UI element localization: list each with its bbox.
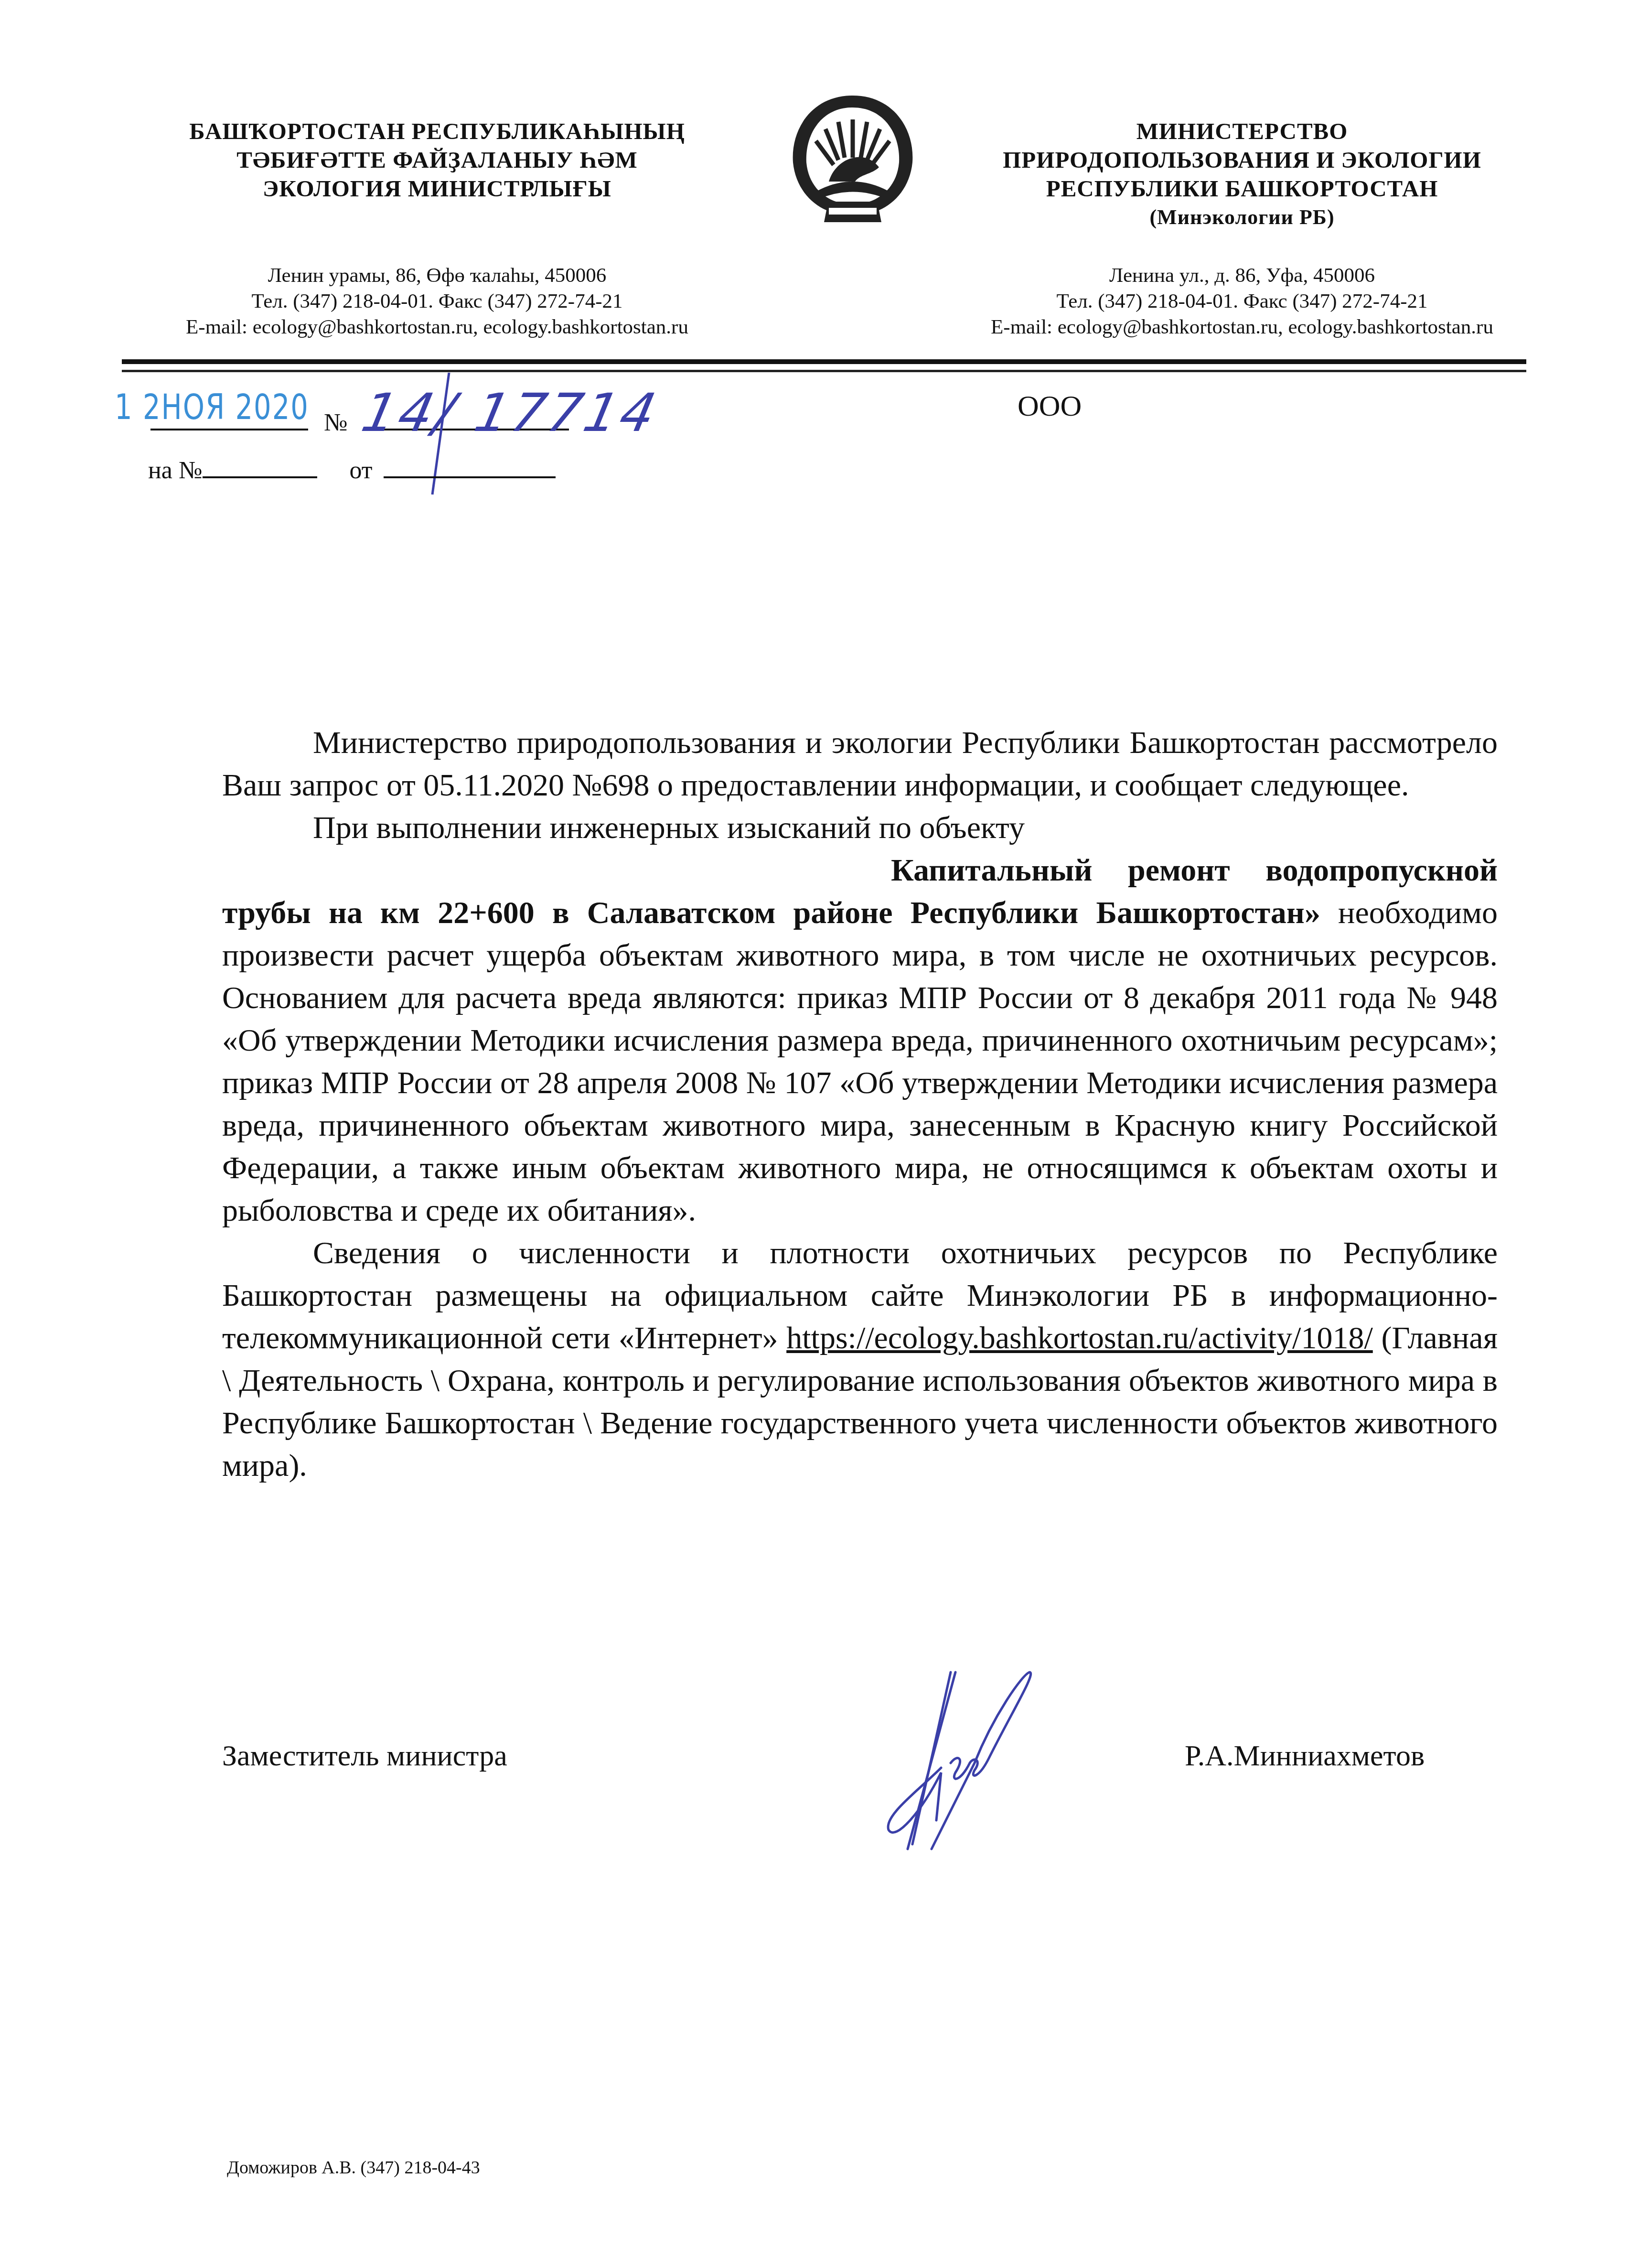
header-divider-thin: [122, 370, 1526, 372]
executor-contact: Доможиров А.В. (347) 218-04-43: [227, 2157, 480, 2178]
letterhead-address-bashkir: Ленин урамы, 86, Өфө ҡалаһы, 450006 Тел.…: [119, 263, 755, 340]
recipient: ООО: [1018, 389, 1082, 423]
from-label: от: [350, 457, 373, 484]
reply-to-row: на № от: [148, 456, 556, 484]
coat-of-arms-icon: [783, 91, 922, 229]
reply-date-underline: [384, 473, 556, 478]
handwritten-signature: [812, 1653, 1080, 1854]
title-line: ЭКОЛОГИЯ МИНИСТРЛЫҒЫ: [119, 174, 755, 203]
title-line: МИНИСТЕРСТВО: [936, 117, 1548, 146]
address-line: Ленина ул., д. 86, Уфа, 450006: [936, 263, 1548, 289]
ecology-website-link[interactable]: https://ecology.bashkortostan.ru/activit…: [786, 1321, 1373, 1355]
survey-requirements: необходимо произвести расчет ущерба объе…: [222, 895, 1498, 1228]
object-name: Капитальный ремонт водопропускной трубы …: [222, 853, 1498, 930]
phone-line: Тел. (347) 218-04-01. Факс (347) 272-74-…: [936, 289, 1548, 314]
paragraph-survey: Капитальный ремонт водопропускной трубы …: [222, 849, 1498, 1232]
title-line: ТӘБИҒӘТТЕ ФАЙҘАЛАНЫУ ҺӘМ: [119, 146, 755, 174]
number-label: №: [324, 409, 348, 436]
signatory-name: Р.А.Минниахметов: [1185, 1739, 1425, 1773]
title-line: (Минэкологии РБ): [936, 203, 1548, 232]
email-line: E-mail: ecology@bashkortostan.ru, ecolog…: [119, 314, 755, 340]
letter-body: Министерство природопользования и эколог…: [222, 721, 1498, 1487]
title-line: БАШҠОРТОСТАН РЕСПУБЛИКАҺЫНЫҢ: [119, 117, 755, 146]
date-underline: [150, 425, 308, 430]
phone-line: Тел. (347) 218-04-01. Факс (347) 272-74-…: [119, 289, 755, 314]
reply-number-underline: [203, 473, 317, 478]
letterhead-title-bashkir: БАШҠОРТОСТАН РЕСПУБЛИКАҺЫНЫҢ ТӘБИҒӘТТЕ Ф…: [119, 117, 755, 203]
title-line: РЕСПУБЛИКИ БАШКОРТОСТАН: [936, 174, 1548, 203]
title-line: ПРИРОДОПОЛЬЗОВАНИЯ И ЭКОЛОГИИ: [936, 146, 1548, 174]
header-divider-thick: [122, 359, 1526, 364]
address-line: Ленин урамы, 86, Өфө ҡалаһы, 450006: [119, 263, 755, 289]
letterhead-title-russian: МИНИСТЕРСТВО ПРИРОДОПОЛЬЗОВАНИЯ И ЭКОЛОГ…: [936, 117, 1548, 232]
handwritten-registration-number: 14/ 17714: [356, 382, 664, 443]
paragraph-intro: Министерство природопользования и эколог…: [222, 721, 1498, 806]
email-line: E-mail: ecology@bashkortostan.ru, ecolog…: [936, 314, 1548, 340]
reply-to-label: на №: [148, 457, 203, 484]
signatory-position: Заместитель министра: [222, 1739, 507, 1773]
paragraph-resources: Сведения о численности и плотности охотн…: [222, 1232, 1498, 1487]
paragraph-survey-lead: При выполнении инженерных изысканий по о…: [222, 806, 1498, 849]
letterhead-address-russian: Ленина ул., д. 86, Уфа, 450006 Тел. (347…: [936, 263, 1548, 340]
